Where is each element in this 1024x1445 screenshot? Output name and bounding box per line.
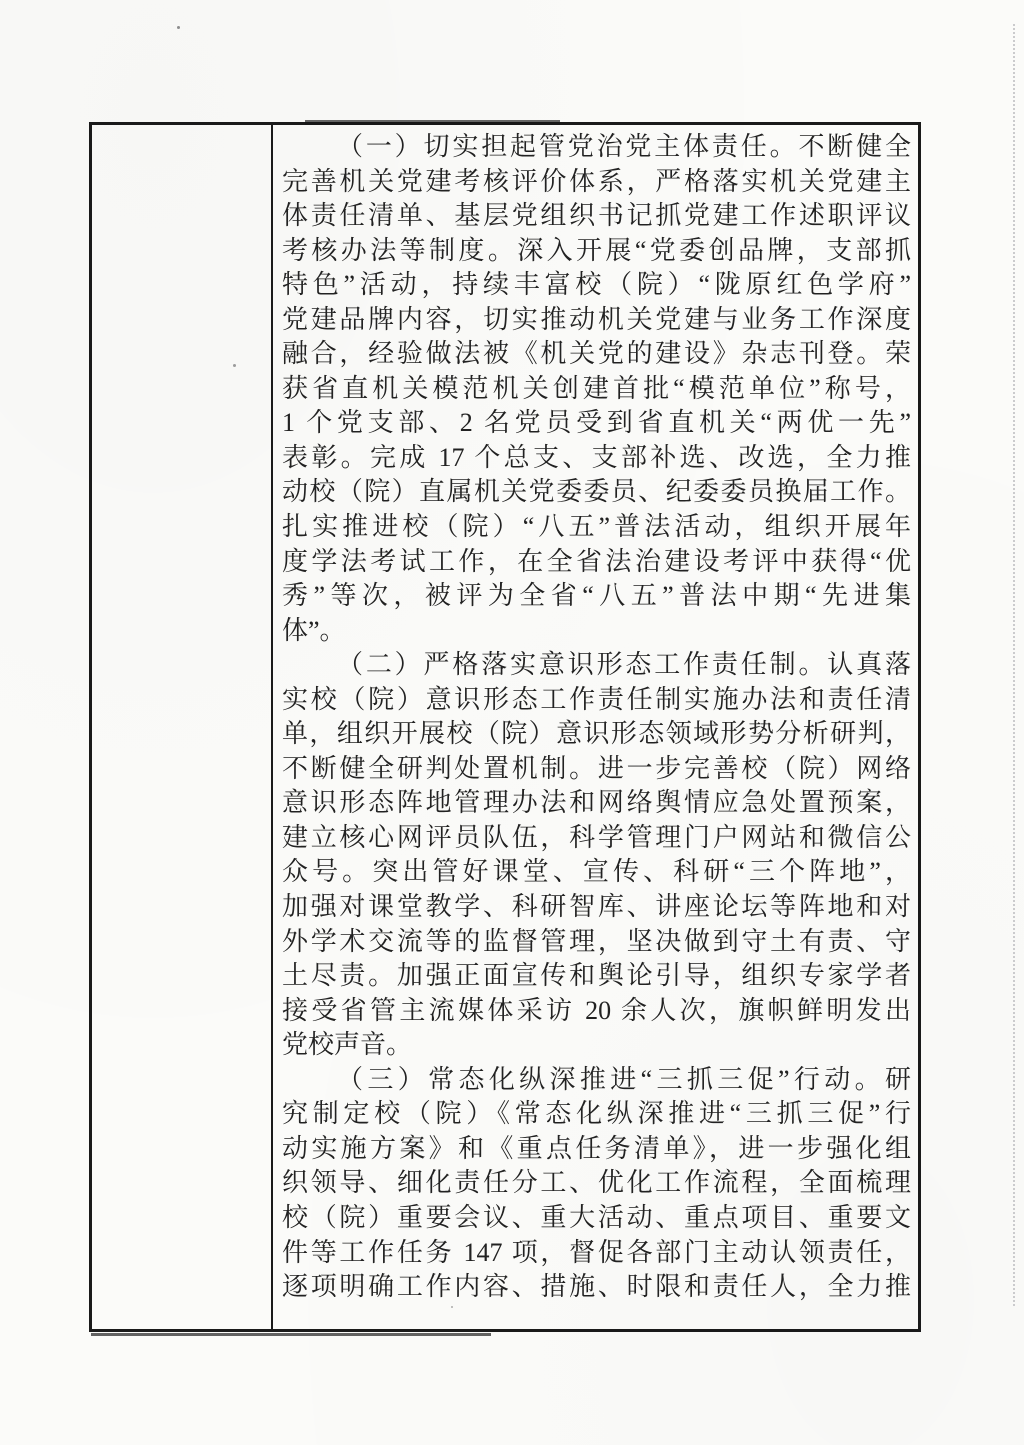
text-line: 体责任清单、基层党组织书记抓党建工作述职评议 — [282, 199, 911, 234]
scan-speck — [233, 364, 236, 367]
text-line: 建立核心网评员队伍，科学管理门户网站和微信公 — [282, 821, 911, 856]
text-line: 实校（院）意识形态工作责任制实施办法和责任清 — [282, 683, 911, 718]
text-line: 土尽责。加强正面宣传和舆论引导，组织专家学者 — [282, 959, 911, 994]
paragraph-1: （一）切实担起管党治党主体责任。不断健全完善机关党建考核评价体系，严格落实机关党… — [282, 130, 911, 648]
text-line: 意识形态阵地管理办法和网络舆情应急处置预案， — [282, 786, 911, 821]
text-line: （一）切实担起管党治党主体责任。不断健全 — [282, 130, 911, 165]
text-line: 度学法考试工作，在全省法治建设考评中获得“优 — [282, 545, 911, 580]
paragraph-2: （二）严格落实意识形态工作责任制。认真落实校（院）意识形态工作责任制实施办法和责… — [282, 648, 911, 1063]
text-line: 不断健全研判处置机制。进一步完善校（院）网络 — [282, 752, 911, 787]
text-line: 完善机关党建考核评价体系，严格落实机关党建主 — [282, 165, 911, 200]
text-line: 加强对课堂教学、科研智库、讲座论坛等阵地和对 — [282, 890, 911, 925]
text-line: 织领导、细化责任分工、优化工作流程，全面梳理 — [282, 1166, 911, 1201]
text-line: 特色”活动，持续丰富校（院）“陇原红色学府” — [282, 268, 911, 303]
text-line: （三）常态化纵深推进“三抓三促”行动。研 — [282, 1063, 911, 1098]
text-line: 究制定校（院）《常态化纵深推进“三抓三促”行 — [282, 1097, 911, 1132]
text-line: 外学术交流等的监督管理，坚决做到守土有责、守 — [282, 925, 911, 960]
text-line: 党校声音。 — [282, 1028, 911, 1063]
text-line: 党建品牌内容，切实推动机关党建与业务工作深度 — [282, 303, 911, 338]
text-line: 单，组织开展校（院）意识形态领域形势分析研判， — [282, 717, 911, 752]
text-line: 表彰。完成 17 个总支、支部补选、改选，全力推 — [282, 441, 911, 476]
text-line: 逐项明确工作内容、措施、时限和责任人，全力推 — [282, 1270, 911, 1305]
text-line: 动校（院）直属机关党委委员、纪委委员换届工作。 — [282, 475, 911, 510]
text-line: 考核办法等制度。深入开展“党委创品牌，支部抓 — [282, 234, 911, 269]
scanned-document-page: （一）切实担起管党治党主体责任。不断健全完善机关党建考核评价体系，严格落实机关党… — [0, 0, 1024, 1445]
table-cell-label — [92, 125, 273, 1329]
scan-speck — [177, 26, 180, 29]
text-line: 秀”等次，被评为全省“八五”普法中期“先进集 — [282, 579, 911, 614]
scan-skew-line — [91, 1333, 491, 1336]
text-line: 融合，经验做法被《机关党的建设》杂志刊登。荣 — [282, 337, 911, 372]
text-line: 扎实推进校（院）“八五”普法活动，组织开展年 — [282, 510, 911, 545]
text-line: 校（院）重要会议、重大活动、重点项目、重要文 — [282, 1201, 911, 1236]
scan-smudge — [305, 120, 560, 125]
table-text: （一）切实担起管党治党主体责任。不断健全完善机关党建考核评价体系，严格落实机关党… — [282, 130, 911, 1305]
text-line: 件等工作任务 147 项，督促各部门主动认领责任， — [282, 1236, 911, 1271]
paragraph-3: （三）常态化纵深推进“三抓三促”行动。研究制定校（院）《常态化纵深推进“三抓三促… — [282, 1063, 911, 1305]
text-line: （二）严格落实意识形态工作责任制。认真落 — [282, 648, 911, 683]
text-line: 获省直机关模范机关创建首批“模范单位”称号， — [282, 372, 911, 407]
table-cell-content: （一）切实担起管党治党主体责任。不断健全完善机关党建考核评价体系，严格落实机关党… — [273, 125, 918, 1329]
text-line: 1 个党支部、2 名党员受到省直机关“两优一先” — [282, 406, 911, 441]
text-line: 众号。突出管好课堂、宣传、科研“三个阵地”， — [282, 855, 911, 890]
page-edge-line — [1013, 24, 1015, 1306]
text-line: 接受省管主流媒体采访 20 余人次，旗帜鲜明发出 — [282, 994, 911, 1029]
text-line: 体”。 — [282, 614, 911, 649]
text-line: 动实施方案》和《重点任务清单》，进一步强化组 — [282, 1132, 911, 1167]
scan-speck — [451, 1306, 453, 1308]
report-table: （一）切实担起管党治党主体责任。不断健全完善机关党建考核评价体系，严格落实机关党… — [89, 122, 921, 1332]
